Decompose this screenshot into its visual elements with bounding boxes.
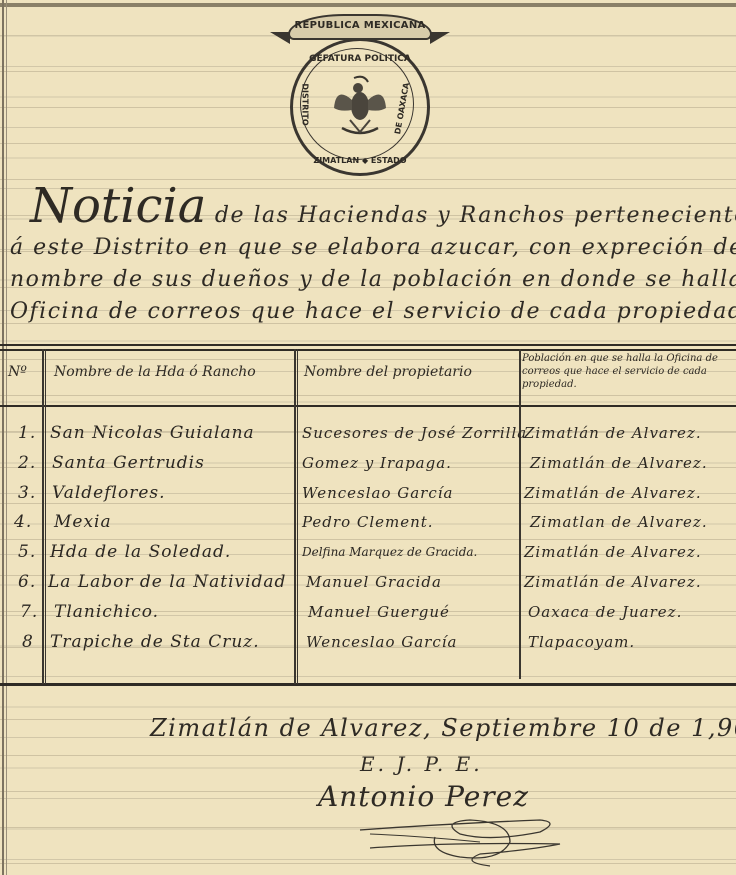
row-owner: Sucesores de José Zorrilla [302,418,527,448]
table-row: 4. Mexia Pedro Clement. Zimatlan de Alva… [0,507,736,537]
ribbon-tail-left [270,32,290,44]
seal-left-text: DISTRITO [301,83,310,125]
place-and-date: Zimatlán de Alvarez, Septiembre 10 de 1,… [150,714,736,742]
row-number: 7. [20,597,38,627]
document-title: Noticia de las Haciendas y Ranchos perte… [10,190,726,328]
row-post-office: Zimatlán de Alvarez. [524,418,702,448]
row-property: San Nicolas Guialana [50,418,255,448]
row-post-office: Zimatlán de Alvarez. [524,567,702,597]
closing-abbreviation: E. J. P. E. [360,752,483,776]
row-number: 4. [14,507,32,537]
row-property: Hda de la Soledad. [50,537,231,567]
row-owner: Delfina Marquez de Gracida. [302,537,477,567]
row-number: 6. [18,567,36,597]
properties-table: Nº Nombre de la Hda ó Rancho Nombre del … [0,344,736,686]
row-property: Tlanichico. [54,597,159,627]
eagle-emblem-icon [330,72,390,142]
row-property: La Labor de la Natividad [48,567,286,597]
row-owner: Pedro Clement. [302,507,434,537]
table-row: 1. San Nicolas Guialana Sucesores de Jos… [0,418,736,448]
header-number: Nº [8,364,27,380]
seal-top-text: GEFATURA POLITICA [300,54,420,64]
seal-bottom-text: ZIMATLAN ◆ ESTADO [300,156,420,165]
title-line-4: Oficina de correos que hace el servicio … [10,296,726,328]
row-number: 3. [18,478,36,508]
row-number: 1. [18,418,36,448]
row-property: Mexia [54,507,112,537]
signature: Antonio Perez [318,780,529,813]
row-number: 8 [22,627,34,657]
header-post-office: Población en que se halla la Oficina de … [522,352,734,391]
ribbon-tail-right [430,32,450,44]
table-top-rule [0,344,736,346]
signature-flourish-icon [340,812,570,872]
title-line-2: á este Distrito en que se elabora azucar… [10,232,726,264]
row-post-office: Zimatlán de Alvarez. [524,478,702,508]
official-seal: REPUBLICA MEXICANA GEFATURA POLITICA DIS… [270,10,450,180]
header-owner: Nombre del propietario [304,364,472,380]
table-top-rule-double [0,349,736,351]
row-number: 5. [18,537,36,567]
title-line-1: Noticia de las Haciendas y Ranchos perte… [10,190,726,232]
row-post-office: Zimatlán de Alvarez. [524,537,702,567]
table-row: 2. Santa Gertrudis Gomez y Irapaga. Zima… [0,448,736,478]
row-post-office: Zimatlán de Alvarez. [530,448,708,478]
row-owner: Manuel Gracida [306,567,442,597]
title-line-3: nombre de sus dueños y de la población e… [10,264,726,296]
row-owner: Wenceslao García [302,478,453,508]
row-post-office: Oaxaca de Juarez. [528,597,682,627]
row-property: Valdeflores. [52,478,166,508]
row-owner: Manuel Guergué [308,597,450,627]
row-post-office: Tlapacoyam. [528,627,635,657]
row-owner: Wenceslao García [306,627,457,657]
row-owner: Gomez y Irapaga. [302,448,452,478]
row-number: 2. [18,448,36,478]
seal-ribbon-text: REPUBLICA MEXICANA [288,14,432,40]
table-row: 8 Trapiche de Sta Cruz. Wenceslao García… [0,627,736,657]
table-row: 7. Tlanichico. Manuel Guergué Oaxaca de … [0,597,736,627]
title-line-1-rest: de las Haciendas y Ranchos perteneciente… [215,203,736,228]
page-top-border [0,3,736,7]
header-property: Nombre de la Hda ó Rancho [54,364,256,380]
header-bottom-rule [0,405,736,407]
row-property: Santa Gertrudis [52,448,205,478]
table-row: 5. Hda de la Soledad. Delfina Marquez de… [0,537,736,567]
table-row: 3. Valdeflores. Wenceslao García Zimatlá… [0,478,736,508]
table-row: 6. La Labor de la Natividad Manuel Graci… [0,567,736,597]
table-bottom-rule [0,683,736,686]
row-property: Trapiche de Sta Cruz. [50,627,260,657]
row-post-office: Zimatlan de Alvarez. [530,507,708,537]
title-initial-word: Noticia [30,178,206,234]
